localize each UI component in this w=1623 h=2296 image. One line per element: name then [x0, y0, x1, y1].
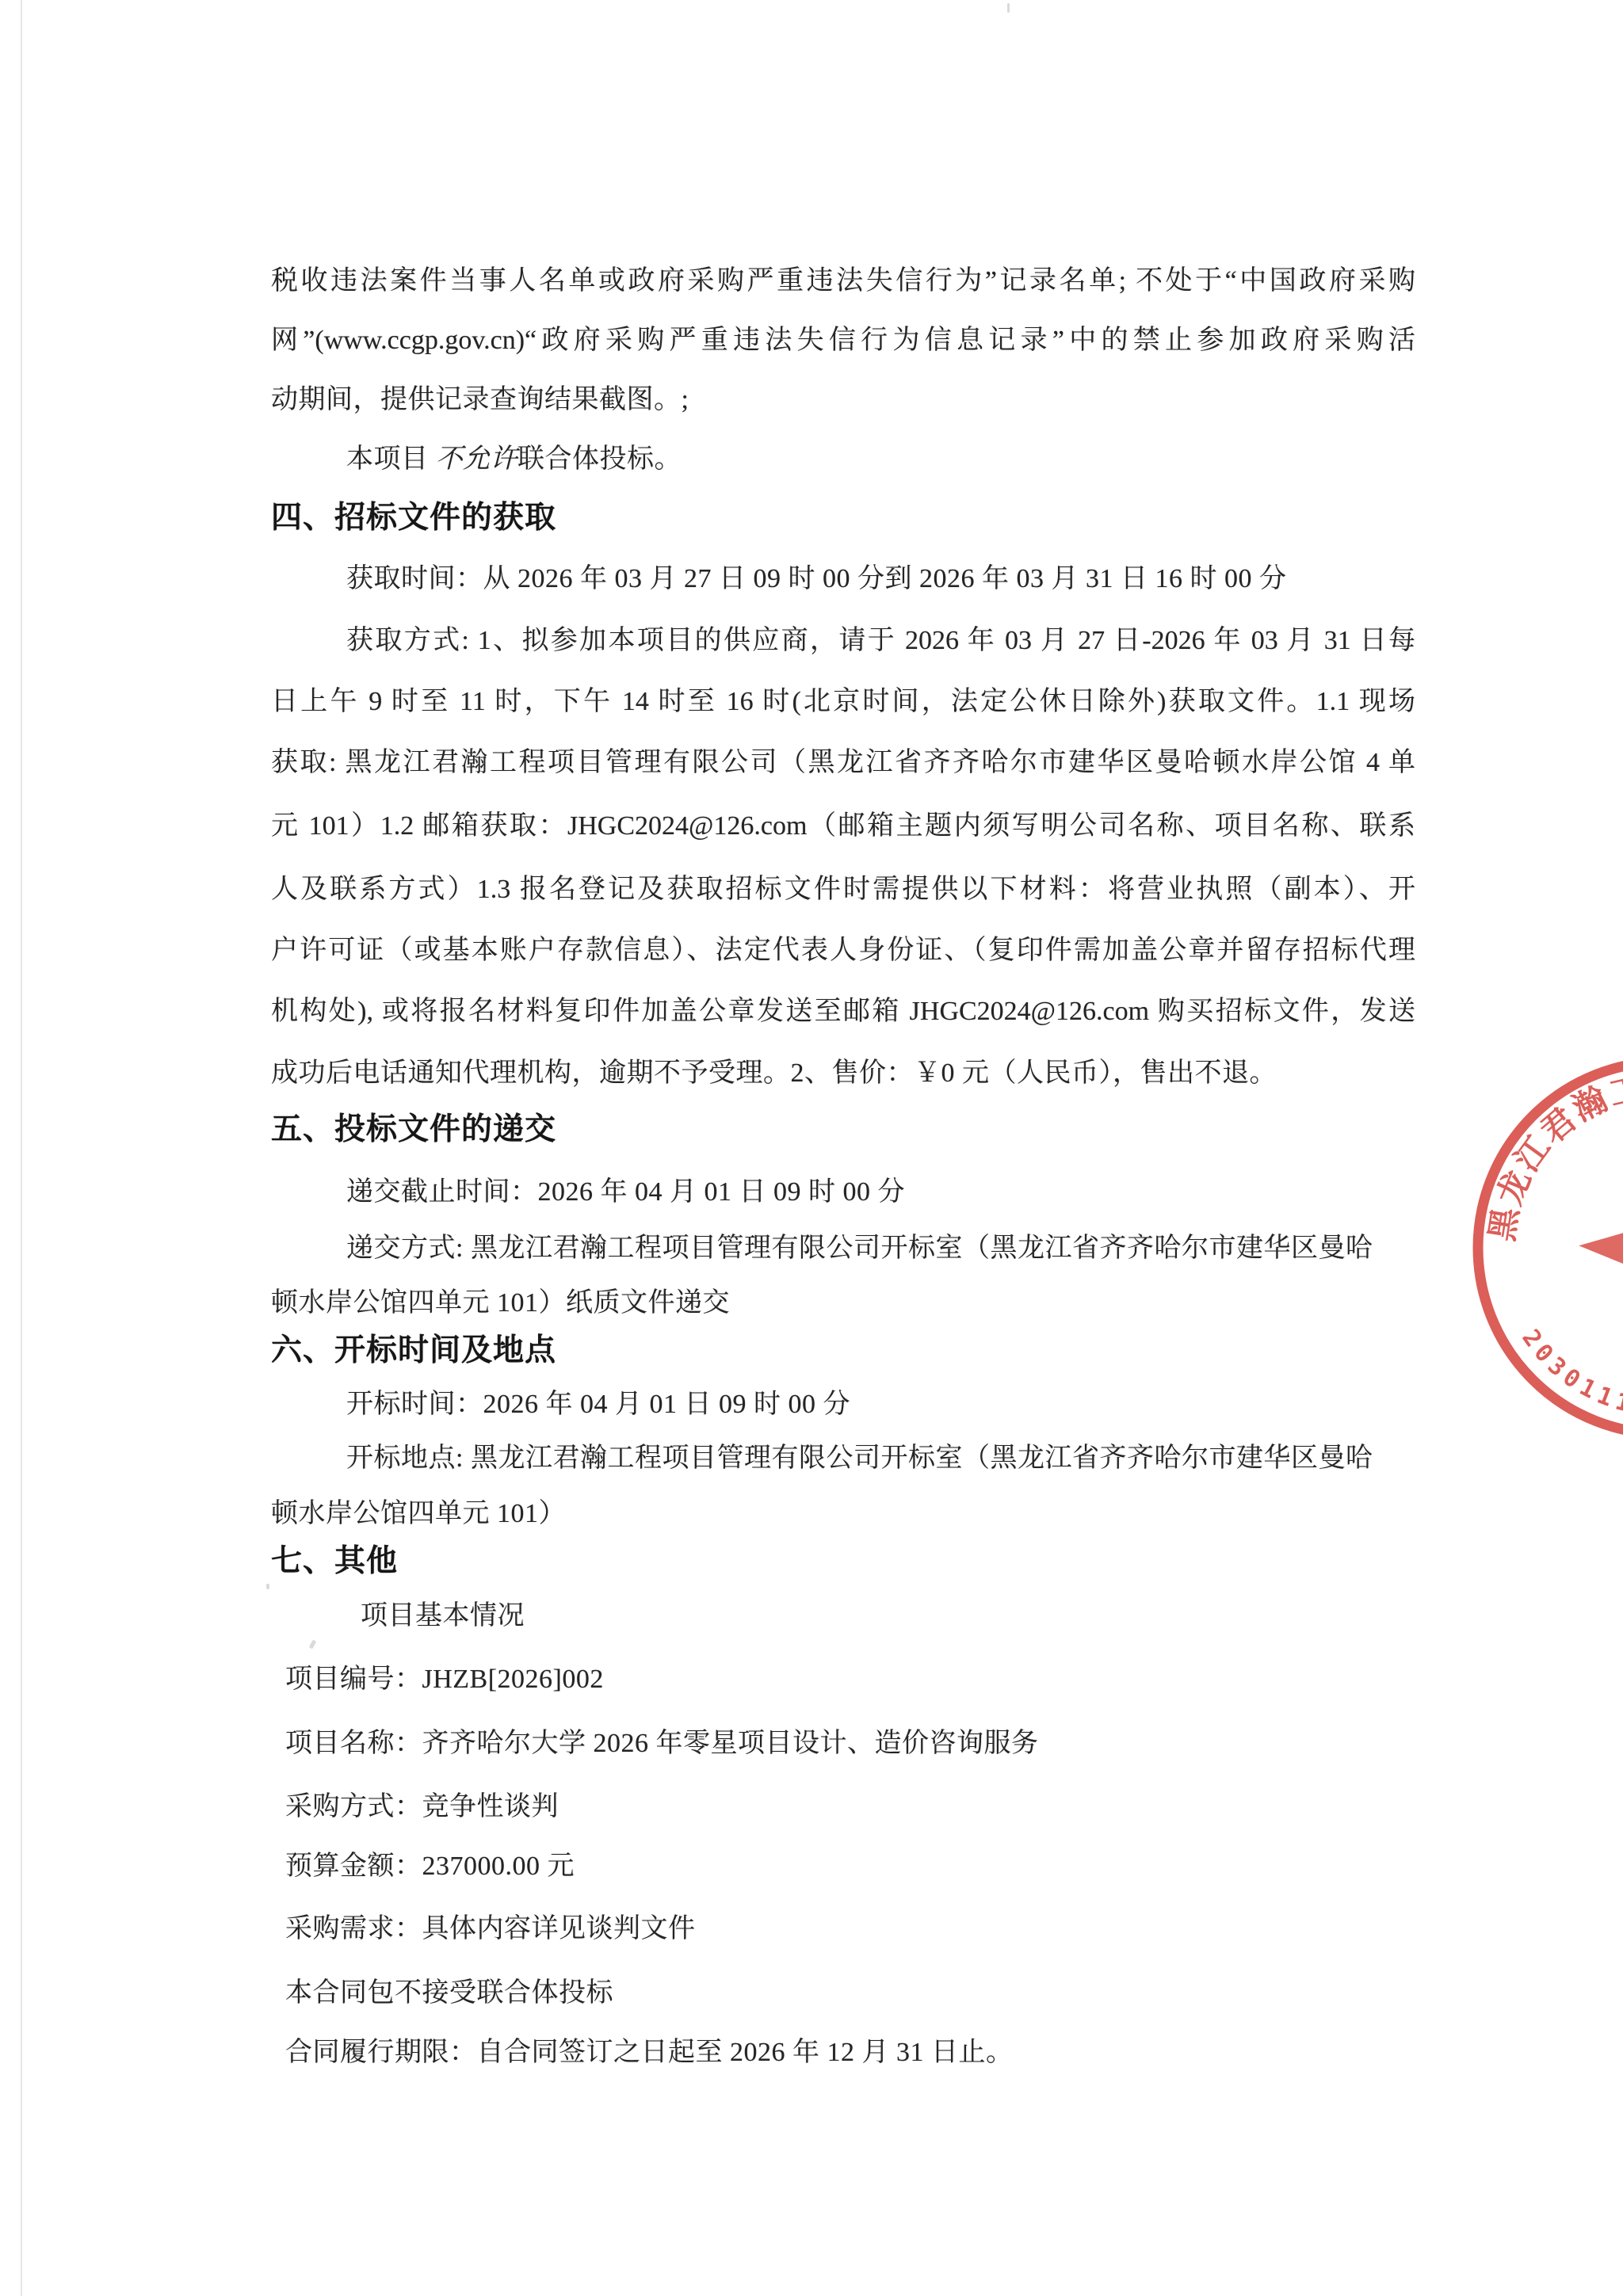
doc-line: 顿水岸公馆四单元 101）纸质文件递交: [271, 1285, 730, 1322]
doc-line: 网”(www.ccgp.gov.cn)“政府采购严重违法失信行为信息记录”中的禁…: [271, 322, 1415, 359]
section-heading-submit-bids: 五、投标文件的递交: [271, 1112, 556, 1148]
budget-amount-line: 预算金额：237000.00 元: [285, 1848, 575, 1885]
project-number-line: 项目编号：JHZB[2026]002: [285, 1661, 604, 1698]
doc-line: 日上午 9 时至 11 时，下午 14 时至 16 时(北京时间，法定公休日除外…: [271, 684, 1415, 720]
document-page: 税收违法案件当事人名单或政府采购严重违法失信行为”记录名单; 不处于“中国政府采…: [0, 0, 1623, 2296]
section-heading-obtain-docs: 四、招标文件的获取: [271, 500, 556, 536]
seal-serial-arc-text: 20301118: [1516, 1325, 1623, 1422]
doc-line: 获取时间：从 2026 年 03 月 27 日 09 时 00 分到 2026 …: [346, 561, 1287, 597]
section-heading-bid-opening: 六、开标时间及地点: [271, 1333, 556, 1369]
scan-speck: [309, 1639, 317, 1649]
seal-star-icon: [1579, 1168, 1623, 1330]
joint-bid-suffix: 联合体投标。: [517, 444, 682, 474]
doc-line: 成功后电话通知代理机构，逾期不予受理。2、售价：￥0 元（人民币），售出不退。: [271, 1055, 1277, 1092]
doc-line: 递交方式: 黑龙江君瀚工程项目管理有限公司开标室（黑龙江省齐齐哈尔市建华区曼哈: [346, 1230, 1373, 1267]
doc-line-no-joint-bid: 本项目 不允许联合体投标。: [346, 441, 682, 478]
joint-bid-emphasis: 不允许: [436, 444, 518, 474]
doc-line: 获取: 黑龙江君瀚工程项目管理有限公司（黑龙江省齐齐哈尔市建华区曼哈顿水岸公馆 …: [271, 745, 1415, 781]
doc-line: 税收违法案件当事人名单或政府采购严重违法失信行为”记录名单; 不处于“中国政府采…: [271, 263, 1415, 299]
project-name-line: 项目名称：齐齐哈尔大学 2026 年零星项目设计、造价咨询服务: [285, 1726, 1039, 1762]
contract-period-line: 合同履行期限：自合同签订之日起至 2026 年 12 月 31 日止。: [285, 2035, 1014, 2071]
doc-line: 开标时间：2026 年 04 月 01 日 09 时 00 分: [346, 1386, 850, 1423]
joint-bid-prefix: 本项目: [346, 444, 436, 474]
doc-line: 项目基本情况: [361, 1598, 525, 1634]
doc-line: 递交截止时间：2026 年 04 月 01 日 09 时 00 分: [346, 1174, 905, 1211]
doc-line: 元 101）1.2 邮箱获取：JHGC2024@126.com（邮箱主题内须写明…: [271, 808, 1415, 845]
scan-speck: [266, 1584, 269, 1589]
doc-line: 机构处), 或将报名材料复印件加盖公章发送至邮箱 JHGC2024@126.co…: [271, 994, 1415, 1030]
doc-line: 动期间，提供记录查询结果截图。;: [271, 382, 689, 418]
section-heading-other: 七、其他: [271, 1543, 398, 1580]
procurement-method-line: 采购方式：竞争性谈判: [285, 1789, 559, 1825]
seal-ring: [1478, 1062, 1623, 1434]
scan-speck: [1007, 3, 1010, 13]
seal-company-arc-text: 黑龙江君瀚工程项目管理有限公司: [1483, 1067, 1623, 1324]
scan-edge-artifact: [21, 0, 22, 2296]
doc-line: 获取方式: 1、拟参加本项目的供应商，请于 2026 年 03 月 27 日-2…: [346, 623, 1415, 659]
doc-line: 户许可证（或基本账户存款信息）、法定代表人身份证、（复印件需加盖公章并留存招标代…: [271, 933, 1415, 969]
doc-line: 顿水岸公馆四单元 101）: [271, 1496, 566, 1532]
doc-line: 本合同包不接受联合体投标: [285, 1975, 613, 2012]
doc-line: 人及联系方式）1.3 报名登记及获取招标文件时需提供以下材料：将营业执照（副本）…: [271, 871, 1415, 908]
official-seal: 黑龙江君瀚工程项目管理有限公司 20301118: [1419, 1006, 1623, 1497]
procurement-demand-line: 采购需求：具体内容详见谈判文件: [285, 1911, 696, 1947]
doc-line: 开标地点: 黑龙江君瀚工程项目管理有限公司开标室（黑龙江省齐齐哈尔市建华区曼哈: [346, 1440, 1373, 1477]
